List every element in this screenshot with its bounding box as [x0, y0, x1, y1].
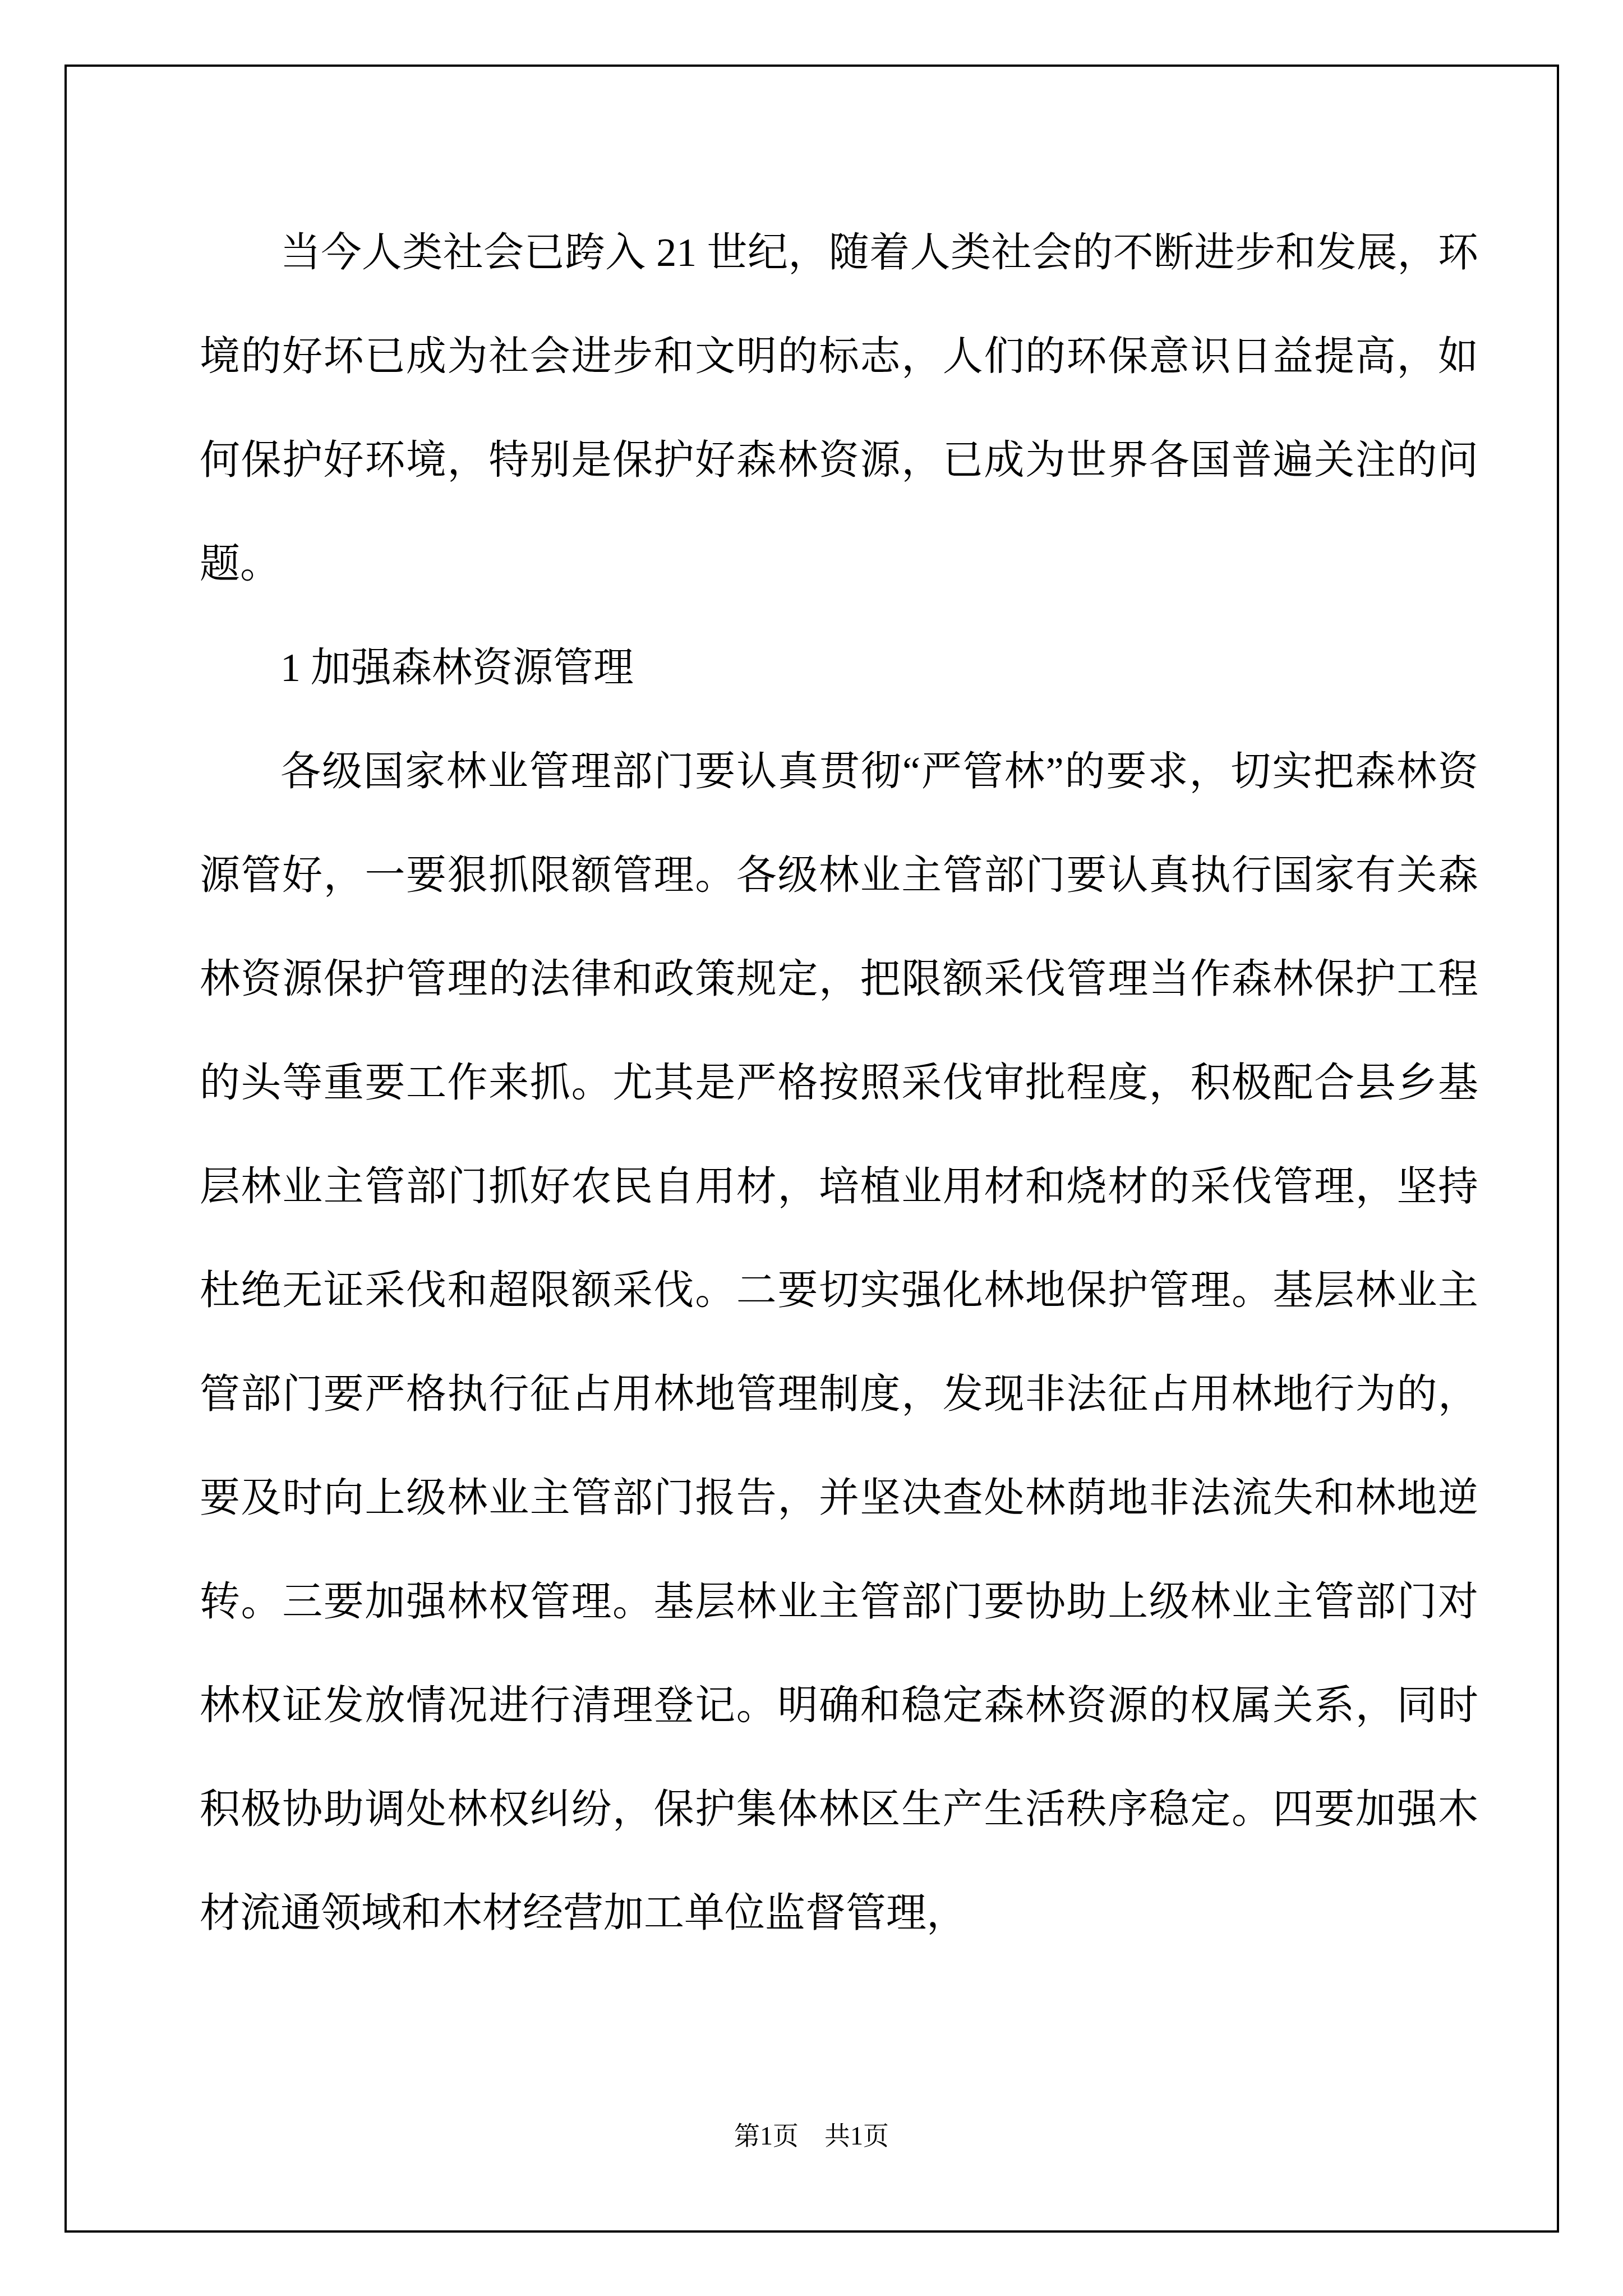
section-heading-1: 1 加强森林资源管理 — [200, 616, 1478, 720]
body-paragraph-section-1: 各级国家林业管理部门要认真贯彻“严管林”的要求，切实把森林资源管好，一要狠抓限额… — [200, 720, 1478, 1965]
document-body: 当今人类社会已跨入 21 世纪，随着人类社会的不断进步和发展，环境的好坏已成为社… — [200, 201, 1478, 1965]
page-number-indicator: 第1页 共1页 — [734, 2122, 889, 2150]
document-page: 当今人类社会已跨入 21 世纪，随着人类社会的不断进步和发展，环境的好坏已成为社… — [0, 0, 1623, 2296]
page-footer: 第1页 共1页 — [67, 2119, 1556, 2153]
body-paragraph-intro: 当今人类社会已跨入 21 世纪，随着人类社会的不断进步和发展，环境的好坏已成为社… — [200, 201, 1478, 616]
